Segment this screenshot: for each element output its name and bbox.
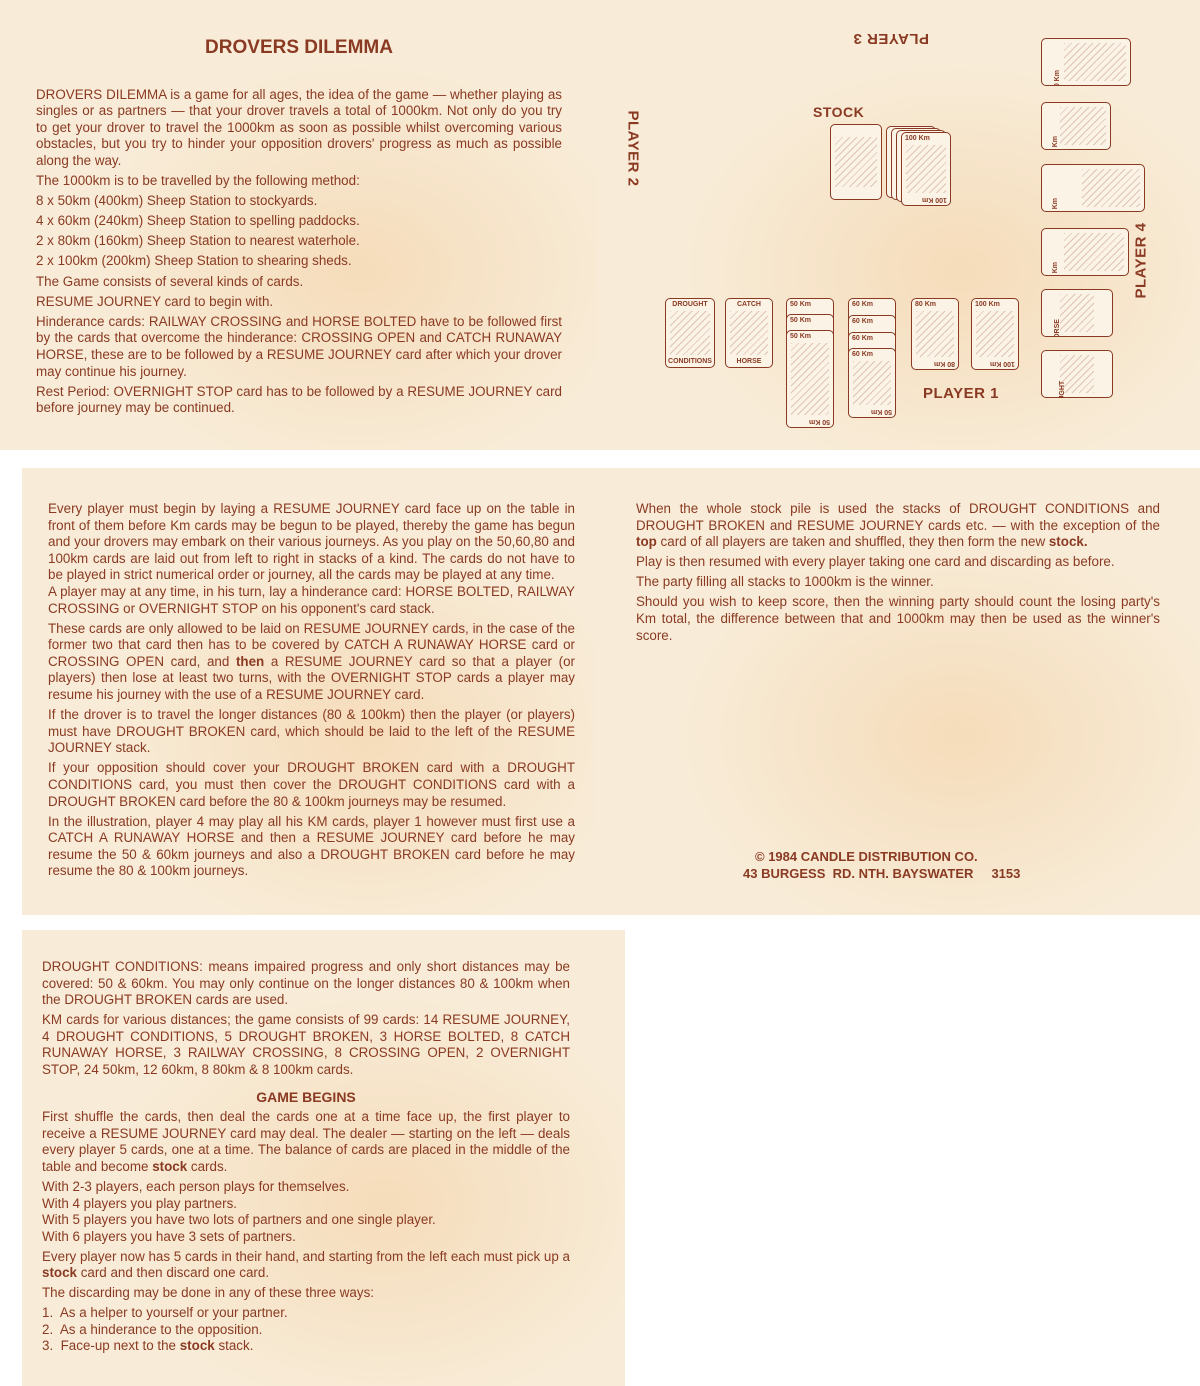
player-count-rule: With 6 players you have 3 sets of partne… [42, 1229, 570, 1246]
km-50-card[interactable]: 50 Km 50 Km [786, 330, 834, 428]
km-80-card[interactable]: 80 Km [1041, 102, 1111, 150]
game-begins-heading: GAME BEGINS [42, 1089, 570, 1106]
rules-page-play: Every player must begin by laying a RESU… [22, 468, 595, 915]
rules-paragraph: Every player must begin by laying a RESU… [48, 501, 575, 584]
method-item: 8 x 50km (400km) Sheep Station to stocky… [36, 193, 562, 210]
address: 43 BURGESS RD. NTH. BAYSWATER [743, 866, 973, 881]
discard-option: 1. As a helper to yourself or your partn… [42, 1305, 570, 1322]
rules-paragraph: DROUGHT CONDITIONS: means impaired progr… [42, 959, 570, 1009]
rules-paragraph: If your opposition should cover your DRO… [48, 760, 575, 810]
horse-bolted-card[interactable]: HORSE BOLTED [1041, 289, 1113, 337]
km-60-card[interactable]: 60 Km 50 Km [848, 348, 896, 418]
postcode: 3153 [991, 866, 1020, 881]
player-count-rule: With 2-3 players, each person plays for … [42, 1179, 570, 1196]
table-layout-diagram: PLAYER 3 PLAYER 2 PLAYER 4 PLAYER 1 STOC… [598, 0, 1200, 450]
player-2-label: PLAYER 2 [624, 111, 641, 187]
card-count-paragraph: KM cards for various distances; the game… [42, 1012, 570, 1078]
drought-conditions-card[interactable]: DROUGHT CONDITIONS [665, 298, 715, 368]
rules-paragraph: If the drover is to travel the longer di… [48, 707, 575, 757]
rules-paragraph: Every player now has 5 cards in their ha… [42, 1249, 570, 1282]
catch-horse-card[interactable]: CATCH HORSE [725, 298, 773, 368]
method-item: 4 x 60km (240km) Sheep Station to spelli… [36, 213, 562, 230]
km-50-stack[interactable]: 50 Km [1041, 228, 1129, 276]
rules-page-setup: DROUGHT CONDITIONS: means impaired progr… [22, 930, 625, 1386]
stock-label: STOCK [813, 104, 864, 120]
intro-paragraph: DROVERS DILEMMA is a game for all ages, … [36, 87, 562, 170]
player-count-rule: With 4 players you play partners. [42, 1196, 570, 1213]
copyright: © 1984 CANDLE DISTRIBUTION CO. [743, 848, 1020, 865]
discard-intro: The discarding may be done in any of the… [42, 1285, 570, 1302]
rules-paragraph: In the illustration, player 4 may play a… [48, 814, 575, 880]
player-count-rule: With 5 players you have two lots of part… [42, 1212, 570, 1229]
player-4-label: PLAYER 4 [1132, 223, 1149, 299]
rules-paragraph: First shuffle the cards, then deal the c… [42, 1109, 570, 1175]
stock-pile-card[interactable] [830, 124, 882, 200]
km-60-stack[interactable]: 60 Km [1041, 164, 1145, 212]
discard-option: 3. Face-up next to the stock stack. [42, 1338, 570, 1355]
rules-page-end: When the whole stock pile is used the st… [595, 468, 1200, 915]
rules-paragraph: When the whole stock pile is used the st… [636, 501, 1160, 551]
method-intro: The 1000km is to be travelled by the fol… [36, 173, 562, 190]
discard-option: 2. As a hinderance to the opposition. [42, 1322, 570, 1339]
method-item: 2 x 100km (200km) Sheep Station to shear… [36, 253, 562, 270]
hinderance-paragraph: Hinderance cards: RAILWAY CROSSING and H… [36, 314, 562, 380]
player-3-label: PLAYER 3 [853, 30, 929, 47]
km-100-card[interactable]: 100 Km 100 Km [971, 298, 1019, 370]
card-kinds: The Game consists of several kinds of ca… [36, 274, 562, 291]
rules-paragraph: A player may at any time, in his turn, l… [48, 584, 575, 617]
drought-broken-card[interactable]: DROUGHT BROKEN [1041, 350, 1113, 398]
game-title: DROVERS DILEMMA [36, 40, 562, 57]
resume-journey-note: RESUME JOURNEY card to begin with. [36, 294, 562, 311]
rest-period-paragraph: Rest Period: OVERNIGHT STOP card has to … [36, 384, 562, 417]
publisher-info: © 1984 CANDLE DISTRIBUTION CO. 43 BURGES… [743, 848, 1020, 882]
km-80-card[interactable]: 80 Km 80 Km [911, 298, 959, 370]
rules-paragraph: Should you wish to keep score, then the … [636, 594, 1160, 644]
rules-page-intro: DROVERS DILEMMA DROVERS DILEMMA is a gam… [0, 0, 598, 450]
rules-paragraph: These cards are only allowed to be laid … [48, 621, 575, 704]
stock-face-card[interactable]: 100 Km 100 Km [901, 132, 951, 206]
km-100-stack[interactable]: 100 Km [1041, 38, 1131, 86]
rules-paragraph: Play is then resumed with every player t… [636, 554, 1160, 571]
method-item: 2 x 80km (160km) Sheep Station to neares… [36, 233, 562, 250]
rules-paragraph: The party filling all stacks to 1000km i… [636, 574, 1160, 591]
player-1-label: PLAYER 1 [923, 385, 999, 402]
